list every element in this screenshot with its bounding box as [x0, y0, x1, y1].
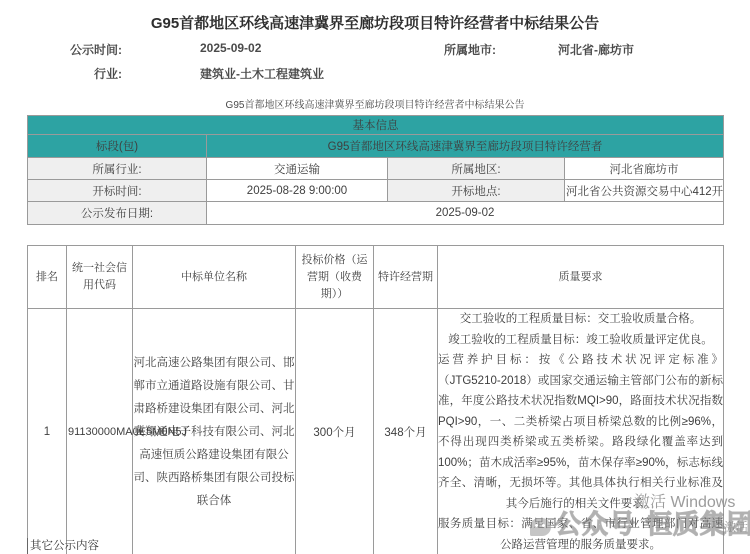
industry-label: 行业: [62, 65, 122, 82]
results-header-row: 排名 统一社会信用代码 中标单位名称 投标价格（运营期（收费期）） 特许经营期 … [28, 246, 724, 309]
open-place-label: 开标地点: [388, 180, 565, 202]
wechat-account-label: 公众号 [555, 504, 636, 541]
section-package-label: 标段(包) [28, 135, 207, 158]
page-title: G95首都地区环线高速津冀界至廊坊段项目特许经营者中标结果公告 [0, 12, 750, 33]
publish-date-value: 2025-09-02 [207, 202, 724, 225]
brand-name-watermark: 恒质集团 [646, 504, 750, 541]
col-winner-name: 中标单位名称 [133, 246, 296, 309]
quality-line-2: 竣工验收的工程质量目标：竣工验收质量评定优良。 [438, 330, 723, 351]
col-rank: 排名 [28, 246, 67, 309]
publish-date-label: 公示发布日期: [28, 202, 207, 225]
area-field-value: 河北省廊坊市 [565, 158, 724, 180]
basic-info-header: 基本信息 [28, 116, 724, 135]
announcement-page: G95首都地区环线高速津冀界至廊坊段项目特许经营者中标结果公告 公示时间: 20… [0, 0, 750, 554]
col-quality-requirements: 质量要求 [438, 246, 724, 309]
franchise-period-cell: 348个月 [374, 309, 438, 554]
quality-line-1: 交工验收的工程质量目标：交工验收质量合格。 [438, 309, 723, 330]
wechat-brand-watermark: 公众号 恒质集团 [530, 504, 750, 541]
area-field-label: 所属地区: [388, 158, 565, 180]
other-content-label: 其它公示内容 [30, 540, 99, 552]
region-label: 所属地市: [432, 41, 496, 58]
credit-code-cell: 91130000MA0E5M0N5J [67, 309, 133, 554]
col-franchise-period: 特许经营期 [374, 246, 438, 309]
section-package-value: G95首都地区环线高速津冀界至廊坊段项目特许经营者 [207, 135, 724, 158]
industry-field-label: 所属行业: [28, 158, 207, 180]
publish-time-label: 公示时间: [62, 41, 122, 58]
credit-code-value: 91130000MA0E5M0N5J [68, 426, 187, 438]
col-credit-code: 统一社会信用代码 [67, 246, 133, 309]
industry-field-value: 交通运输 [207, 158, 388, 180]
industry-value: 建筑业-土木工程建筑业 [200, 65, 324, 82]
open-time-value: 2025-08-28 9:00:00 [207, 180, 388, 202]
rank-cell: 1 [28, 309, 67, 554]
col-bid-price: 投标价格（运营期（收费期）） [296, 246, 374, 309]
publish-time-value: 2025-09-02 [200, 41, 261, 55]
open-place-value: 河北省公共资源交易中心412开标室 [565, 180, 724, 202]
open-time-label: 开标时间: [28, 180, 207, 202]
basic-info-table: 基本信息 标段(包) G95首都地区环线高速津冀界至廊坊段项目特许经营者 所属行… [27, 115, 724, 225]
region-value: 河北省-廊坊市 [558, 41, 634, 58]
bid-price-cell: 300个月 [296, 309, 374, 554]
document-title: G95首都地区环线高速津冀界至廊坊段项目特许经营者中标结果公告 [0, 96, 750, 111]
wechat-bubble-icon [530, 518, 551, 536]
